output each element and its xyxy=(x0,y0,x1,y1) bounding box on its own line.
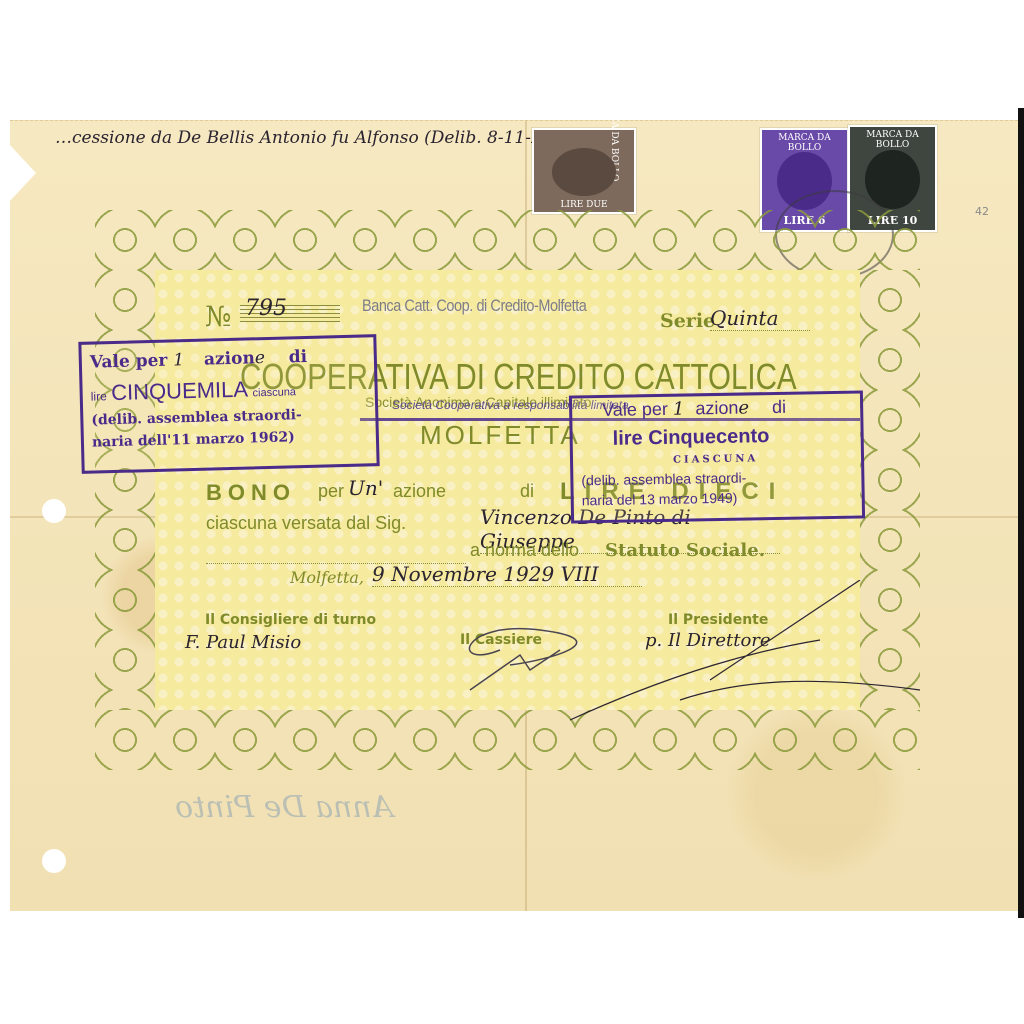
revaluation-stamp-1949: Vale per 1 azione di lire Cinquecento CI… xyxy=(569,390,865,523)
floral-border-left xyxy=(95,270,155,710)
torn-notch xyxy=(8,143,36,203)
statute-text: Statuto Sociale. xyxy=(605,540,765,561)
consigliere-signature: F. Paul Misio xyxy=(185,632,301,653)
paid-by-text: ciascuna versata dal Sig. xyxy=(206,513,406,534)
back-side-bleed-through: Anna De Pinto xyxy=(175,790,393,825)
city-name: MOLFETTA xyxy=(420,420,581,451)
bank-stamp: Banca Catt. Coop. di Credito-Molfetta xyxy=(362,296,586,316)
per-word: per xyxy=(318,481,344,502)
handwritten-quantity: Un' xyxy=(348,476,383,500)
place: Molfetta, xyxy=(290,568,364,587)
number-label: № xyxy=(205,300,232,333)
serie-value: Quinta xyxy=(710,306,810,331)
statute-prefix: a norma dello xyxy=(470,540,579,561)
serie-label: Serie xyxy=(660,310,715,332)
scan-edge xyxy=(1018,108,1024,918)
revenue-stamp-lire-due: MARCA DA BOLLO LIRE DUE xyxy=(532,128,636,214)
azione-word: azione xyxy=(393,481,446,502)
floral-border-top xyxy=(95,210,920,270)
portrait-icon xyxy=(552,148,616,196)
pencil-number: 42 xyxy=(975,205,989,218)
revaluation-stamp-1962: Vale per 1 azione di lire CINQUEMILA cia… xyxy=(78,334,379,474)
punch-hole xyxy=(42,849,66,873)
consigliere-label: Il Consigliere di turno xyxy=(205,612,376,628)
bono-label: BONO xyxy=(206,480,296,506)
punch-hole xyxy=(42,499,66,523)
handwritten-transfer-note: …cessione da De Bellis Antonio fu Alfons… xyxy=(55,128,559,148)
certificate-number: 795 xyxy=(245,296,287,321)
di-word: di xyxy=(520,481,534,502)
director-flourish xyxy=(560,580,930,730)
